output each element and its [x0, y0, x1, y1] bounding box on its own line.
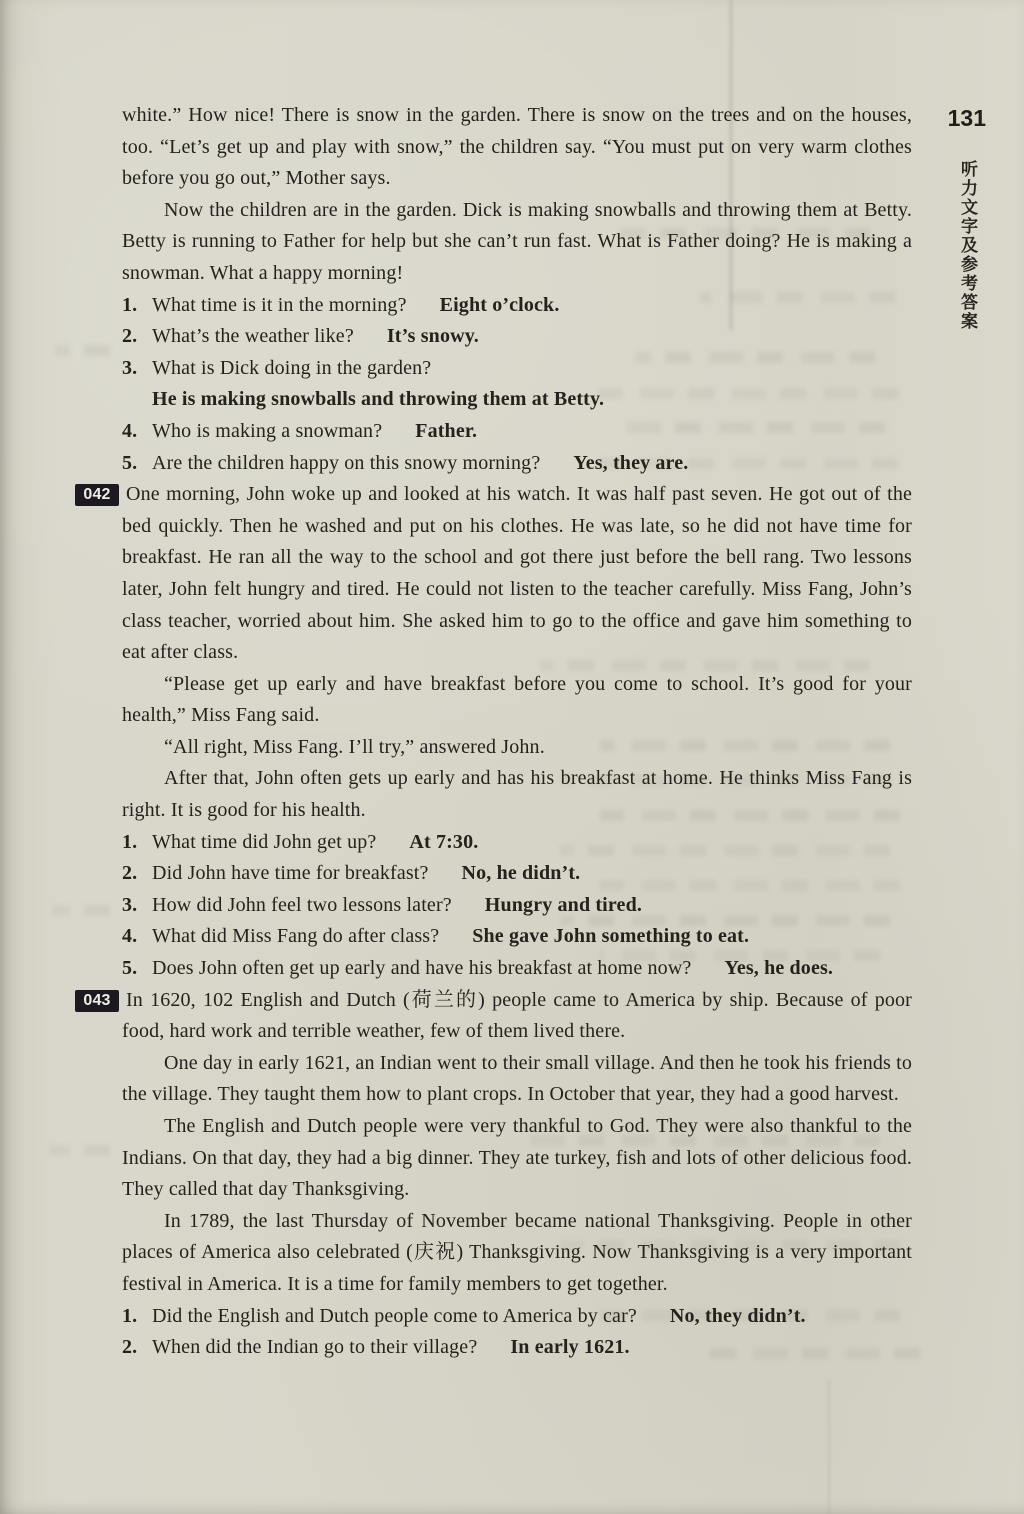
- question-answer-row: 1.Did the English and Dutch people come …: [122, 1301, 912, 1333]
- paragraph: 043In 1620, 102 English and Dutch (荷兰的) …: [122, 985, 912, 1048]
- page-number: 131: [948, 105, 986, 132]
- scanned-book-page: white.” How nice! There is snow in the g…: [0, 0, 1024, 1514]
- answer-text: No, he didn’t.: [462, 862, 581, 884]
- paragraph: white.” How nice! There is snow in the g…: [122, 100, 912, 195]
- paragraph: 042One morning, John woke up and looked …: [122, 479, 912, 669]
- bleed-through-artifact: [50, 1145, 110, 1156]
- question-answer-row: 1.What time did John get up?At 7:30.: [122, 827, 912, 859]
- question-answer-row: 4.What did Miss Fang do after class?She …: [122, 921, 912, 953]
- answer-text: Father.: [415, 420, 477, 442]
- scan-crease: [828, 1380, 830, 1514]
- answer-text: She gave John something to eat.: [472, 925, 749, 947]
- question-number: 2.: [122, 321, 152, 353]
- question-number: 2.: [122, 858, 152, 890]
- answer-text: It’s snowy.: [387, 325, 479, 347]
- answer-text: Hungry and tired.: [485, 894, 642, 916]
- question-text: When did the Indian go to their village?: [152, 1336, 477, 1358]
- document-content: white.” How nice! There is snow in the g…: [122, 100, 912, 1364]
- question-answer-row: 4.Who is making a snowman?Father.: [122, 416, 912, 448]
- question-number: 4.: [122, 921, 152, 953]
- question-answer-row: 5.Does John often get up early and have …: [122, 953, 912, 985]
- paragraph: “All right, Miss Fang. I’ll try,” answer…: [122, 732, 912, 764]
- answer-text: He is making snowballs and throwing them…: [152, 384, 912, 416]
- paragraph: Now the children are in the garden. Dick…: [122, 195, 912, 290]
- question-answer-row: 2.Did John have time for breakfast?No, h…: [122, 858, 912, 890]
- question-text: Did the English and Dutch people come to…: [152, 1305, 637, 1327]
- answer-text: Eight o’clock.: [440, 294, 560, 316]
- paragraph: After that, John often gets up early and…: [122, 763, 912, 826]
- question-text: What time is it in the morning?: [152, 294, 407, 316]
- question-text: What is Dick doing in the garden?: [152, 357, 431, 379]
- question-answer-row: 1.What time is it in the morning?Eight o…: [122, 290, 912, 322]
- bleed-through-artifact: [55, 345, 110, 356]
- paragraph: “Please get up early and have breakfast …: [122, 669, 912, 732]
- question-number: 1.: [122, 827, 152, 859]
- question-answer-row: 2.What’s the weather like?It’s snowy.: [122, 321, 912, 353]
- question-number: 5.: [122, 953, 152, 985]
- question-number: 4.: [122, 416, 152, 448]
- answer-text: Yes, they are.: [573, 452, 688, 474]
- question-text: Did John have time for breakfast?: [152, 862, 429, 884]
- answer-text: In early 1621.: [510, 1336, 629, 1358]
- paragraph: One day in early 1621, an Indian went to…: [122, 1048, 912, 1111]
- paragraph: The English and Dutch people were very t…: [122, 1111, 912, 1206]
- bleed-through-artifact: [52, 905, 110, 916]
- question-answer-row: 5.Are the children happy on this snowy m…: [122, 448, 912, 480]
- answer-text: At 7:30.: [409, 831, 478, 853]
- audio-track-badge: 043: [75, 990, 119, 1012]
- question-number: 2.: [122, 1332, 152, 1364]
- question-text: What did Miss Fang do after class?: [152, 925, 439, 947]
- page-margin-column: 131 听力文字及参考答案: [914, 0, 1024, 1514]
- question-text: What’s the weather like?: [152, 325, 354, 347]
- question-text: What time did John get up?: [152, 831, 376, 853]
- question-number: 5.: [122, 448, 152, 480]
- paragraph: In 1789, the last Thursday of November b…: [122, 1206, 912, 1301]
- question-text: Does John often get up early and have hi…: [152, 957, 691, 979]
- question-answer-row: 3.What is Dick doing in the garden?He is…: [122, 353, 912, 416]
- audio-track-badge: 042: [75, 484, 119, 506]
- answer-text: No, they didn’t.: [670, 1305, 806, 1327]
- question-answer-row: 2.When did the Indian go to their villag…: [122, 1332, 912, 1364]
- answer-text: Yes, he does.: [724, 957, 833, 979]
- margin-section-title: 听力文字及参考答案: [955, 160, 980, 331]
- question-number: 3.: [122, 353, 152, 385]
- question-text: Who is making a snowman?: [152, 420, 382, 442]
- question-text: Are the children happy on this snowy mor…: [152, 452, 540, 474]
- question-number: 3.: [122, 890, 152, 922]
- question-number: 1.: [122, 1301, 152, 1333]
- question-answer-row: 3.How did John feel two lessons later?Hu…: [122, 890, 912, 922]
- question-text: How did John feel two lessons later?: [152, 894, 452, 916]
- question-number: 1.: [122, 290, 152, 322]
